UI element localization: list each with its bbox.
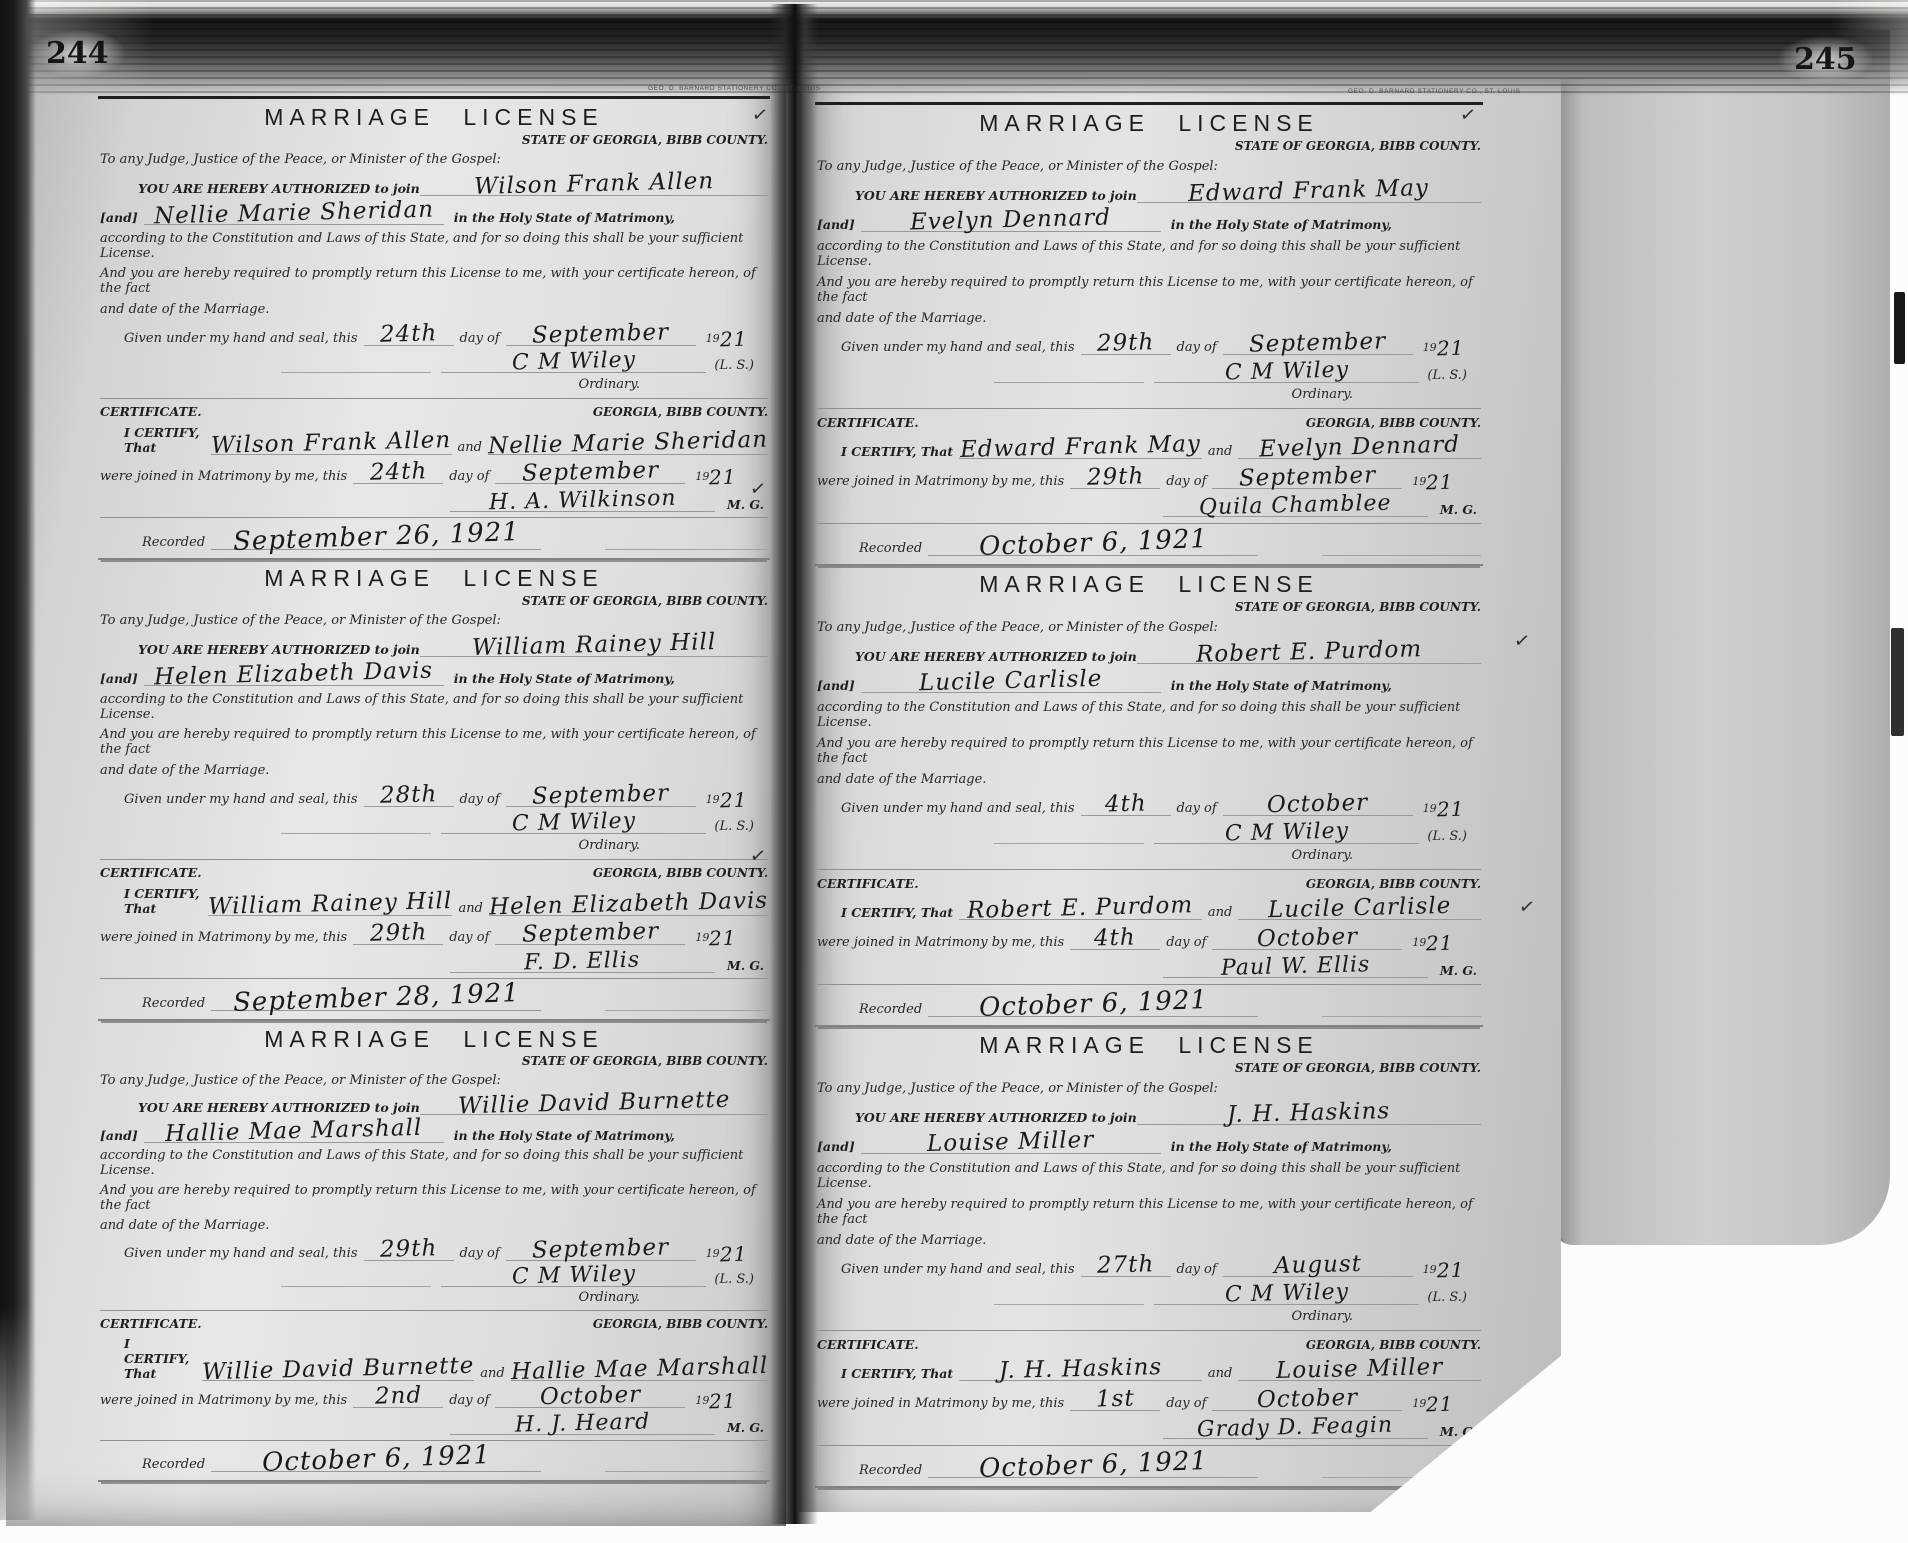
recorded-date-line: October 6, 1921 [928, 991, 1258, 1017]
license-year-handwriting: 21 [719, 328, 747, 349]
mg-label: M. G. [727, 958, 764, 973]
marriage-register-scan: MARRIAGE LICENSE STATE OF GEORGIA, BIBB … [0, 0, 1908, 1543]
i-certify-label: I CERTIFY, That [124, 1336, 196, 1381]
body-line-2: And you are hereby required to promptly … [100, 1183, 768, 1213]
cert-day-handwriting: 29th [369, 921, 427, 945]
cert-bride-handwriting: Evelyn Dennard [1259, 434, 1460, 462]
body-line-2: And you are hereby required to promptly … [100, 727, 768, 757]
section-divider [100, 1310, 768, 1311]
blank-line [281, 820, 431, 834]
recorded-date-line: September 26, 1921 [211, 524, 541, 550]
body-line-3: and date of the Marriage. [817, 311, 986, 326]
bride-name-handwriting: Helen Elizabeth Davis [154, 659, 434, 689]
ordinary-signature-handwriting: C M Wiley [512, 1264, 637, 1289]
license-title: MARRIAGE LICENSE [817, 1032, 1481, 1059]
ls-label: (L. S.) [1427, 368, 1467, 383]
state-county-line: STATE OF GEORGIA, BIBB COUNTY. [1235, 600, 1481, 614]
day-of-label: day of [1166, 1396, 1206, 1411]
given-label: Given under my hand and seal, this [124, 331, 358, 346]
license-day-handwriting: 24th [380, 322, 438, 346]
page-right-245: MARRIAGE LICENSE STATE OF GEORGIA, BIBB … [799, 24, 1561, 1512]
section-divider [817, 1330, 1481, 1331]
authorized-label: YOU ARE HEREBY AUTHORIZED to join [855, 1110, 1137, 1125]
license-day-line: 28th [364, 784, 454, 807]
body-line-1: according to the Constitution and Laws o… [817, 239, 1481, 269]
cert-month-handwriting: September [522, 459, 660, 485]
ordinary-signature-handwriting: C M Wiley [1225, 1281, 1350, 1306]
joined-label: were joined in Matrimony by me, this [100, 469, 347, 484]
minister-signature-line: H. A. Wilkinson [450, 490, 715, 512]
matrimony-label: in the Holy State of Matrimony, [1171, 217, 1392, 232]
ordinary-signature-line: C M Wiley [1154, 822, 1419, 844]
license-day-line: 27th [1081, 1254, 1171, 1277]
ordinary-signature-line: C M Wiley [441, 1265, 706, 1287]
recorded-label: Recorded [859, 1002, 922, 1017]
joined-label: were joined in Matrimony by me, this [817, 935, 1064, 950]
license-title: MARRIAGE LICENSE [100, 565, 768, 592]
body-line-2: And you are hereby required to promptly … [817, 736, 1481, 766]
cert-month-line: September [1212, 466, 1402, 489]
and-bracket: [and] [817, 217, 855, 232]
section-divider [817, 408, 1481, 409]
marriage-license-record: MARRIAGE LICENSE STATE OF GEORGIA, BIBB … [815, 566, 1483, 1025]
marriage-license-record: MARRIAGE LICENSE STATE OF GEORGIA, BIBB … [98, 1021, 770, 1480]
ls-label: (L. S.) [714, 1272, 754, 1287]
salutation-line: To any Judge, Justice of the Peace, or M… [817, 159, 1218, 174]
and-word: and [1208, 1366, 1232, 1381]
year-prefix: 19 [1423, 341, 1437, 354]
cert-month-line: September [495, 461, 685, 484]
license-month-handwriting: August [1273, 1253, 1362, 1278]
cert-groom-handwriting: Robert E. Purdom [967, 895, 1194, 924]
minister-signature-line: Grady D. Feagin [1163, 1417, 1428, 1439]
minister-signature-handwriting: Paul W. Ellis [1220, 954, 1370, 980]
and-word: and [458, 440, 482, 455]
groom-name-handwriting: Robert E. Purdom [1196, 639, 1423, 668]
cert-bride-handwriting: Hallie Mae Marshall [511, 1354, 769, 1383]
license-slot: MARRIAGE LICENSE STATE OF GEORGIA, BIBB … [815, 566, 1483, 1027]
marriage-license-record: MARRIAGE LICENSE STATE OF GEORGIA, BIBB … [98, 560, 770, 1019]
cert-groom-line: Wilson Frank Allen [211, 432, 451, 455]
joined-label: were joined in Matrimony by me, this [100, 930, 347, 945]
cert-groom-handwriting: Wilson Frank Allen [211, 429, 452, 458]
license-month-handwriting: September [532, 1236, 670, 1262]
license-day-line: 24th [364, 323, 454, 346]
groom-name-line: Edward Frank May [1137, 180, 1481, 203]
cert-groom-line: Willie David Burnette [202, 1358, 474, 1381]
license-month-line: September [506, 1238, 696, 1261]
groom-name-line: Robert E. Purdom [1137, 641, 1481, 664]
state-county-line: STATE OF GEORGIA, BIBB COUNTY. [522, 1054, 768, 1068]
section-divider [100, 1440, 768, 1441]
recorded-date-line: September 28, 1921 [211, 985, 541, 1011]
cert-day-line: 2nd [353, 1385, 443, 1408]
body-line-3: and date of the Marriage. [100, 302, 269, 317]
ordinary-label: Ordinary. [579, 838, 640, 853]
cert-bride-handwriting: Helen Elizabeth Davis [489, 890, 769, 920]
body-line-3: and date of the Marriage. [100, 763, 269, 778]
given-label: Given under my hand and seal, this [841, 1262, 1075, 1277]
year-prefix: 19 [1412, 936, 1426, 949]
day-of-label: day of [1177, 801, 1217, 816]
bride-name-line: Lucile Carlisle [861, 670, 1161, 693]
day-of-label: day of [460, 792, 500, 807]
recorded-date-handwriting: October 6, 1921 [978, 987, 1208, 1021]
license-day-handwriting: 29th [380, 1237, 438, 1261]
year-prefix: 19 [706, 332, 720, 345]
cert-month-handwriting: September [522, 920, 660, 946]
license-month-handwriting: September [532, 782, 670, 808]
groom-name-line: J. H. Haskins [1137, 1102, 1481, 1125]
and-word: and [480, 1366, 504, 1381]
cert-bride-handwriting: Nellie Marie Sheridan [488, 429, 769, 459]
i-certify-label: I CERTIFY, That [124, 425, 205, 455]
and-word: and [1208, 905, 1232, 920]
day-of-label: day of [449, 930, 489, 945]
cert-day-handwriting: 1st [1096, 1387, 1135, 1411]
ls-label: (L. S.) [1427, 1290, 1467, 1305]
cert-day-line: 24th [353, 461, 443, 484]
cert-month-line: October [1212, 927, 1402, 950]
year-prefix: 19 [1412, 475, 1426, 488]
blank-line [1322, 1003, 1481, 1017]
body-line-3: and date of the Marriage. [817, 1233, 986, 1248]
year-prefix: 19 [1423, 1263, 1437, 1276]
scan-edge-mark [1891, 628, 1904, 736]
salutation-line: To any Judge, Justice of the Peace, or M… [100, 613, 501, 628]
certificate-label: CERTIFICATE. [817, 1337, 919, 1352]
day-of-label: day of [1166, 935, 1206, 950]
minister-signature-line: Paul W. Ellis [1163, 956, 1428, 978]
license-month-line: September [1223, 332, 1413, 355]
section-divider [100, 517, 768, 518]
ls-label: (L. S.) [714, 819, 754, 834]
ordinary-label: Ordinary. [1292, 848, 1353, 863]
license-day-line: 29th [364, 1238, 454, 1261]
body-line-1: according to the Constitution and Laws o… [100, 692, 768, 722]
and-bracket: [and] [817, 678, 855, 693]
cert-bride-handwriting: Louise Miller [1276, 1356, 1444, 1383]
matrimony-label: in the Holy State of Matrimony, [1171, 678, 1392, 693]
salutation-line: To any Judge, Justice of the Peace, or M… [817, 1081, 1218, 1096]
bride-name-handwriting: Louise Miller [927, 1129, 1095, 1156]
license-title: MARRIAGE LICENSE [100, 104, 768, 131]
given-label: Given under my hand and seal, this [841, 340, 1075, 355]
cert-month-handwriting: September [1239, 464, 1377, 490]
authorized-label: YOU ARE HEREBY AUTHORIZED to join [138, 1100, 420, 1115]
cert-year-handwriting: 21 [1426, 471, 1454, 492]
and-bracket: [and] [100, 671, 138, 686]
year-prefix: 19 [695, 1394, 709, 1407]
year-prefix: 19 [695, 931, 709, 944]
minister-signature-handwriting: Grady D. Feagin [1197, 1414, 1394, 1441]
blank-line [994, 369, 1144, 383]
page-left-244: MARRIAGE LICENSE STATE OF GEORGIA, BIBB … [6, 14, 786, 1526]
recorded-label: Recorded [142, 996, 205, 1011]
and-bracket: [and] [100, 210, 138, 225]
matrimony-label: in the Holy State of Matrimony, [454, 671, 675, 686]
minister-signature-handwriting: Quila Chamblee [1199, 492, 1392, 519]
check-mark: ✓ [751, 103, 770, 127]
salutation-line: To any Judge, Justice of the Peace, or M… [100, 1073, 501, 1088]
cert-groom-line: William Rainey Hill [208, 893, 452, 916]
minister-signature-line: Quila Chamblee [1163, 495, 1428, 517]
body-line-2: And you are hereby required to promptly … [100, 266, 768, 296]
ordinary-signature-handwriting: C M Wiley [1225, 359, 1350, 384]
bride-name-handwriting: Hallie Mae Marshall [165, 1117, 423, 1146]
ordinary-label: Ordinary. [579, 377, 640, 392]
joined-label: were joined in Matrimony by me, this [817, 474, 1064, 489]
ls-label: (L. S.) [1427, 829, 1467, 844]
joined-label: were joined in Matrimony by me, this [100, 1393, 347, 1408]
groom-name-handwriting: Edward Frank May [1188, 177, 1429, 206]
matrimony-label: in the Holy State of Matrimony, [454, 210, 675, 225]
blank-line [994, 1291, 1144, 1305]
year-prefix: 19 [695, 470, 709, 483]
groom-name-line: William Rainey Hill [420, 634, 768, 657]
and-word: and [458, 901, 482, 916]
recorded-date-line: October 6, 1921 [928, 1452, 1258, 1478]
day-of-label: day of [1166, 474, 1206, 489]
marriage-license-record: MARRIAGE LICENSE STATE OF GEORGIA, BIBB … [98, 99, 770, 558]
blank-line [605, 997, 768, 1011]
recorded-label: Recorded [859, 541, 922, 556]
section-divider [100, 978, 768, 979]
certificate-label: CERTIFICATE. [817, 876, 919, 891]
matrimony-label: in the Holy State of Matrimony, [1171, 1139, 1392, 1154]
blank-line [281, 359, 431, 373]
license-month-handwriting: September [532, 321, 670, 347]
cert-groom-line: Edward Frank May [959, 436, 1202, 459]
license-year-handwriting: 21 [1436, 799, 1464, 820]
cert-bride-line: Lucile Carlisle [1238, 897, 1481, 920]
blank-line [605, 1458, 768, 1472]
state-county-line: STATE OF GEORGIA, BIBB COUNTY. [1235, 139, 1481, 153]
bride-name-line: Hallie Mae Marshall [144, 1120, 444, 1143]
given-label: Given under my hand and seal, this [124, 792, 358, 807]
cert-year-handwriting: 21 [1426, 932, 1454, 953]
groom-name-handwriting: William Rainey Hill [471, 631, 716, 660]
bride-name-line: Helen Elizabeth Davis [144, 663, 444, 686]
bride-name-handwriting: Lucile Carlisle [919, 668, 1103, 695]
check-mark: ✓ [1459, 103, 1478, 127]
cert-year-handwriting: 21 [709, 467, 737, 488]
i-certify-label: I CERTIFY, That [124, 886, 202, 916]
cert-bride-line: Hallie Mae Marshall [511, 1358, 768, 1381]
license-slot: MARRIAGE LICENSE STATE OF GEORGIA, BIBB … [98, 560, 770, 1021]
cert-month-handwriting: October [1257, 1386, 1359, 1411]
ls-label: (L. S.) [714, 358, 754, 373]
body-line-2: And you are hereby required to promptly … [817, 1197, 1481, 1227]
certificate-state-line: GEORGIA, BIBB COUNTY. [1306, 1338, 1481, 1352]
section-divider [100, 859, 768, 860]
cert-month-line: September [495, 922, 685, 945]
blank-line [281, 1273, 431, 1287]
cert-year-handwriting: 21 [709, 1391, 737, 1412]
right-form-area: MARRIAGE LICENSE STATE OF GEORGIA, BIBB … [815, 102, 1483, 1488]
recorded-date-handwriting: September 28, 1921 [232, 980, 520, 1016]
license-day-handwriting: 27th [1097, 1253, 1155, 1277]
blank-line [1322, 1464, 1481, 1478]
printer-mark-left: GEO. D. BARNARD STATIONERY CO., ST. LOUI… [648, 85, 821, 92]
cert-groom-handwriting: Edward Frank May [960, 433, 1201, 462]
ordinary-signature-handwriting: C M Wiley [512, 350, 637, 375]
cert-day-handwriting: 24th [369, 460, 427, 484]
certificate-state-line: GEORGIA, BIBB COUNTY. [593, 405, 768, 419]
body-line-3: and date of the Marriage. [817, 772, 986, 787]
day-of-label: day of [460, 331, 500, 346]
license-slot: MARRIAGE LICENSE STATE OF GEORGIA, BIBB … [815, 1027, 1483, 1488]
cert-day-handwriting: 29th [1086, 465, 1144, 489]
license-title: MARRIAGE LICENSE [100, 1026, 768, 1053]
ordinary-label: Ordinary. [1292, 387, 1353, 402]
bride-name-line: Evelyn Dennard [861, 209, 1161, 232]
bride-name-handwriting: Evelyn Dennard [910, 207, 1111, 235]
recorded-date-handwriting: September 26, 1921 [232, 519, 520, 555]
cert-year-handwriting: 21 [709, 928, 737, 949]
body-line-1: according to the Constitution and Laws o… [817, 1161, 1481, 1191]
body-line-3: and date of the Marriage. [100, 1218, 269, 1233]
cert-bride-line: Louise Miller [1238, 1358, 1481, 1381]
license-year-handwriting: 21 [719, 1243, 747, 1264]
recorded-label: Recorded [142, 535, 205, 550]
i-certify-label: I CERTIFY, That [841, 905, 953, 920]
year-prefix: 19 [706, 793, 720, 806]
cert-bride-handwriting: Lucile Carlisle [1268, 895, 1452, 922]
body-line-2: And you are hereby required to promptly … [817, 275, 1481, 305]
cert-day-line: 4th [1070, 927, 1160, 950]
groom-name-handwriting: J. H. Haskins [1227, 1100, 1391, 1127]
groom-name-handwriting: Wilson Frank Allen [474, 170, 715, 199]
day-of-label: day of [1177, 1262, 1217, 1277]
recorded-date-line: October 6, 1921 [211, 1446, 541, 1472]
cert-month-handwriting: October [540, 1384, 642, 1409]
page-number-left: 244 [30, 30, 125, 77]
license-day-handwriting: 4th [1104, 792, 1146, 816]
day-of-label: day of [449, 1393, 489, 1408]
cert-month-line: October [1212, 1388, 1402, 1411]
page-number-right: 245 [1778, 36, 1873, 83]
cert-groom-line: Robert E. Purdom [959, 897, 1202, 920]
ordinary-signature-line: C M Wiley [441, 812, 706, 834]
license-month-line: September [506, 784, 696, 807]
check-mark: ✓ [749, 844, 768, 868]
certificate-state-line: GEORGIA, BIBB COUNTY. [1306, 877, 1481, 891]
bride-name-line: Louise Miller [861, 1131, 1161, 1154]
blank-line [1322, 542, 1481, 556]
mg-label: M. G. [727, 1420, 764, 1435]
cert-groom-handwriting: J. H. Haskins [999, 1356, 1163, 1383]
recorded-date-handwriting: October 6, 1921 [978, 526, 1208, 560]
mg-label: M. G. [1440, 502, 1477, 517]
check-mark: ✓ [1513, 629, 1532, 653]
license-title: MARRIAGE LICENSE [817, 571, 1481, 598]
ordinary-signature-handwriting: C M Wiley [1225, 820, 1350, 845]
cert-groom-handwriting: Willie David Burnette [202, 1354, 475, 1384]
cert-month-line: October [495, 1385, 685, 1408]
check-mark: ✓ [1518, 895, 1537, 919]
matrimony-label: in the Holy State of Matrimony, [454, 1128, 675, 1143]
cert-bride-line: Evelyn Dennard [1238, 436, 1481, 459]
year-prefix: 19 [1412, 1397, 1426, 1410]
section-divider [100, 398, 768, 399]
given-label: Given under my hand and seal, this [841, 801, 1075, 816]
state-county-line: STATE OF GEORGIA, BIBB COUNTY. [522, 594, 768, 608]
license-day-handwriting: 28th [380, 783, 438, 807]
cert-day-line: 29th [1070, 466, 1160, 489]
cert-groom-handwriting: William Rainey Hill [208, 890, 453, 919]
section-divider [817, 523, 1481, 524]
minister-signature-handwriting: F. D. Ellis [524, 949, 641, 974]
certificate-label: CERTIFICATE. [100, 1316, 202, 1331]
recorded-label: Recorded [142, 1457, 205, 1472]
certificate-state-line: GEORGIA, BIBB COUNTY. [593, 866, 768, 880]
section-divider [817, 1445, 1481, 1446]
i-certify-label: I CERTIFY, That [841, 444, 953, 459]
groom-name-line: Wilson Frank Allen [420, 173, 768, 196]
i-certify-label: I CERTIFY, That [841, 1366, 953, 1381]
mg-label: M. G. [1440, 1424, 1477, 1439]
license-year-handwriting: 21 [1436, 1260, 1464, 1281]
authorized-label: YOU ARE HEREBY AUTHORIZED to join [855, 649, 1137, 664]
authorized-label: YOU ARE HEREBY AUTHORIZED to join [855, 188, 1137, 203]
mg-label: M. G. [1440, 963, 1477, 978]
cert-groom-line: J. H. Haskins [959, 1358, 1202, 1381]
license-day-handwriting: 29th [1097, 331, 1155, 355]
body-line-1: according to the Constitution and Laws o… [100, 231, 768, 261]
license-slot: MARRIAGE LICENSE STATE OF GEORGIA, BIBB … [98, 99, 770, 560]
year-prefix: 19 [706, 1247, 720, 1260]
check-mark: ✓ [749, 477, 768, 501]
cert-bride-line: Helen Elizabeth Davis [489, 893, 768, 916]
groom-name-line: Willie David Burnette [420, 1092, 768, 1115]
authorized-label: YOU ARE HEREBY AUTHORIZED to join [138, 642, 420, 657]
cert-day-handwriting: 4th [1094, 926, 1136, 950]
minister-signature-line: F. D. Ellis [450, 951, 715, 973]
printer-mark-right: GEO. D. BARNARD STATIONERY CO., ST. LOUI… [1348, 88, 1521, 95]
license-day-line: 29th [1081, 332, 1171, 355]
salutation-line: To any Judge, Justice of the Peace, or M… [817, 620, 1218, 635]
license-slot: MARRIAGE LICENSE STATE OF GEORGIA, BIBB … [815, 105, 1483, 566]
cert-month-handwriting: October [1257, 925, 1359, 950]
certificate-state-line: GEORGIA, BIBB COUNTY. [593, 1317, 768, 1331]
cert-year-handwriting: 21 [1426, 1393, 1454, 1414]
license-slot: MARRIAGE LICENSE STATE OF GEORGIA, BIBB … [98, 1021, 770, 1482]
license-title: MARRIAGE LICENSE [817, 110, 1481, 137]
ordinary-signature-line: C M Wiley [1154, 361, 1419, 383]
bride-name-line: Nellie Marie Sheridan [144, 202, 444, 225]
minister-signature-line: H. J. Heard [450, 1413, 715, 1435]
ordinary-label: Ordinary. [579, 1290, 640, 1305]
recorded-date-handwriting: October 6, 1921 [261, 1442, 491, 1476]
minister-signature-handwriting: H. J. Heard [515, 1412, 651, 1437]
day-of-label: day of [460, 1246, 500, 1261]
authorized-label: YOU ARE HEREBY AUTHORIZED to join [138, 181, 420, 196]
license-month-handwriting: October [1267, 792, 1369, 817]
minister-signature-handwriting: H. A. Wilkinson [488, 487, 676, 514]
license-month-line: August [1223, 1254, 1413, 1277]
ordinary-signature-handwriting: C M Wiley [512, 811, 637, 836]
certificate-label: CERTIFICATE. [100, 865, 202, 880]
recorded-label: Recorded [859, 1463, 922, 1478]
and-bracket: [and] [817, 1139, 855, 1154]
marriage-license-record: MARRIAGE LICENSE STATE OF GEORGIA, BIBB … [815, 105, 1483, 564]
year-prefix: 19 [1423, 802, 1437, 815]
certificate-label: CERTIFICATE. [100, 404, 202, 419]
certificate-label: CERTIFICATE. [817, 415, 919, 430]
license-year-handwriting: 21 [719, 789, 747, 810]
scan-edge-mark [1894, 292, 1905, 364]
